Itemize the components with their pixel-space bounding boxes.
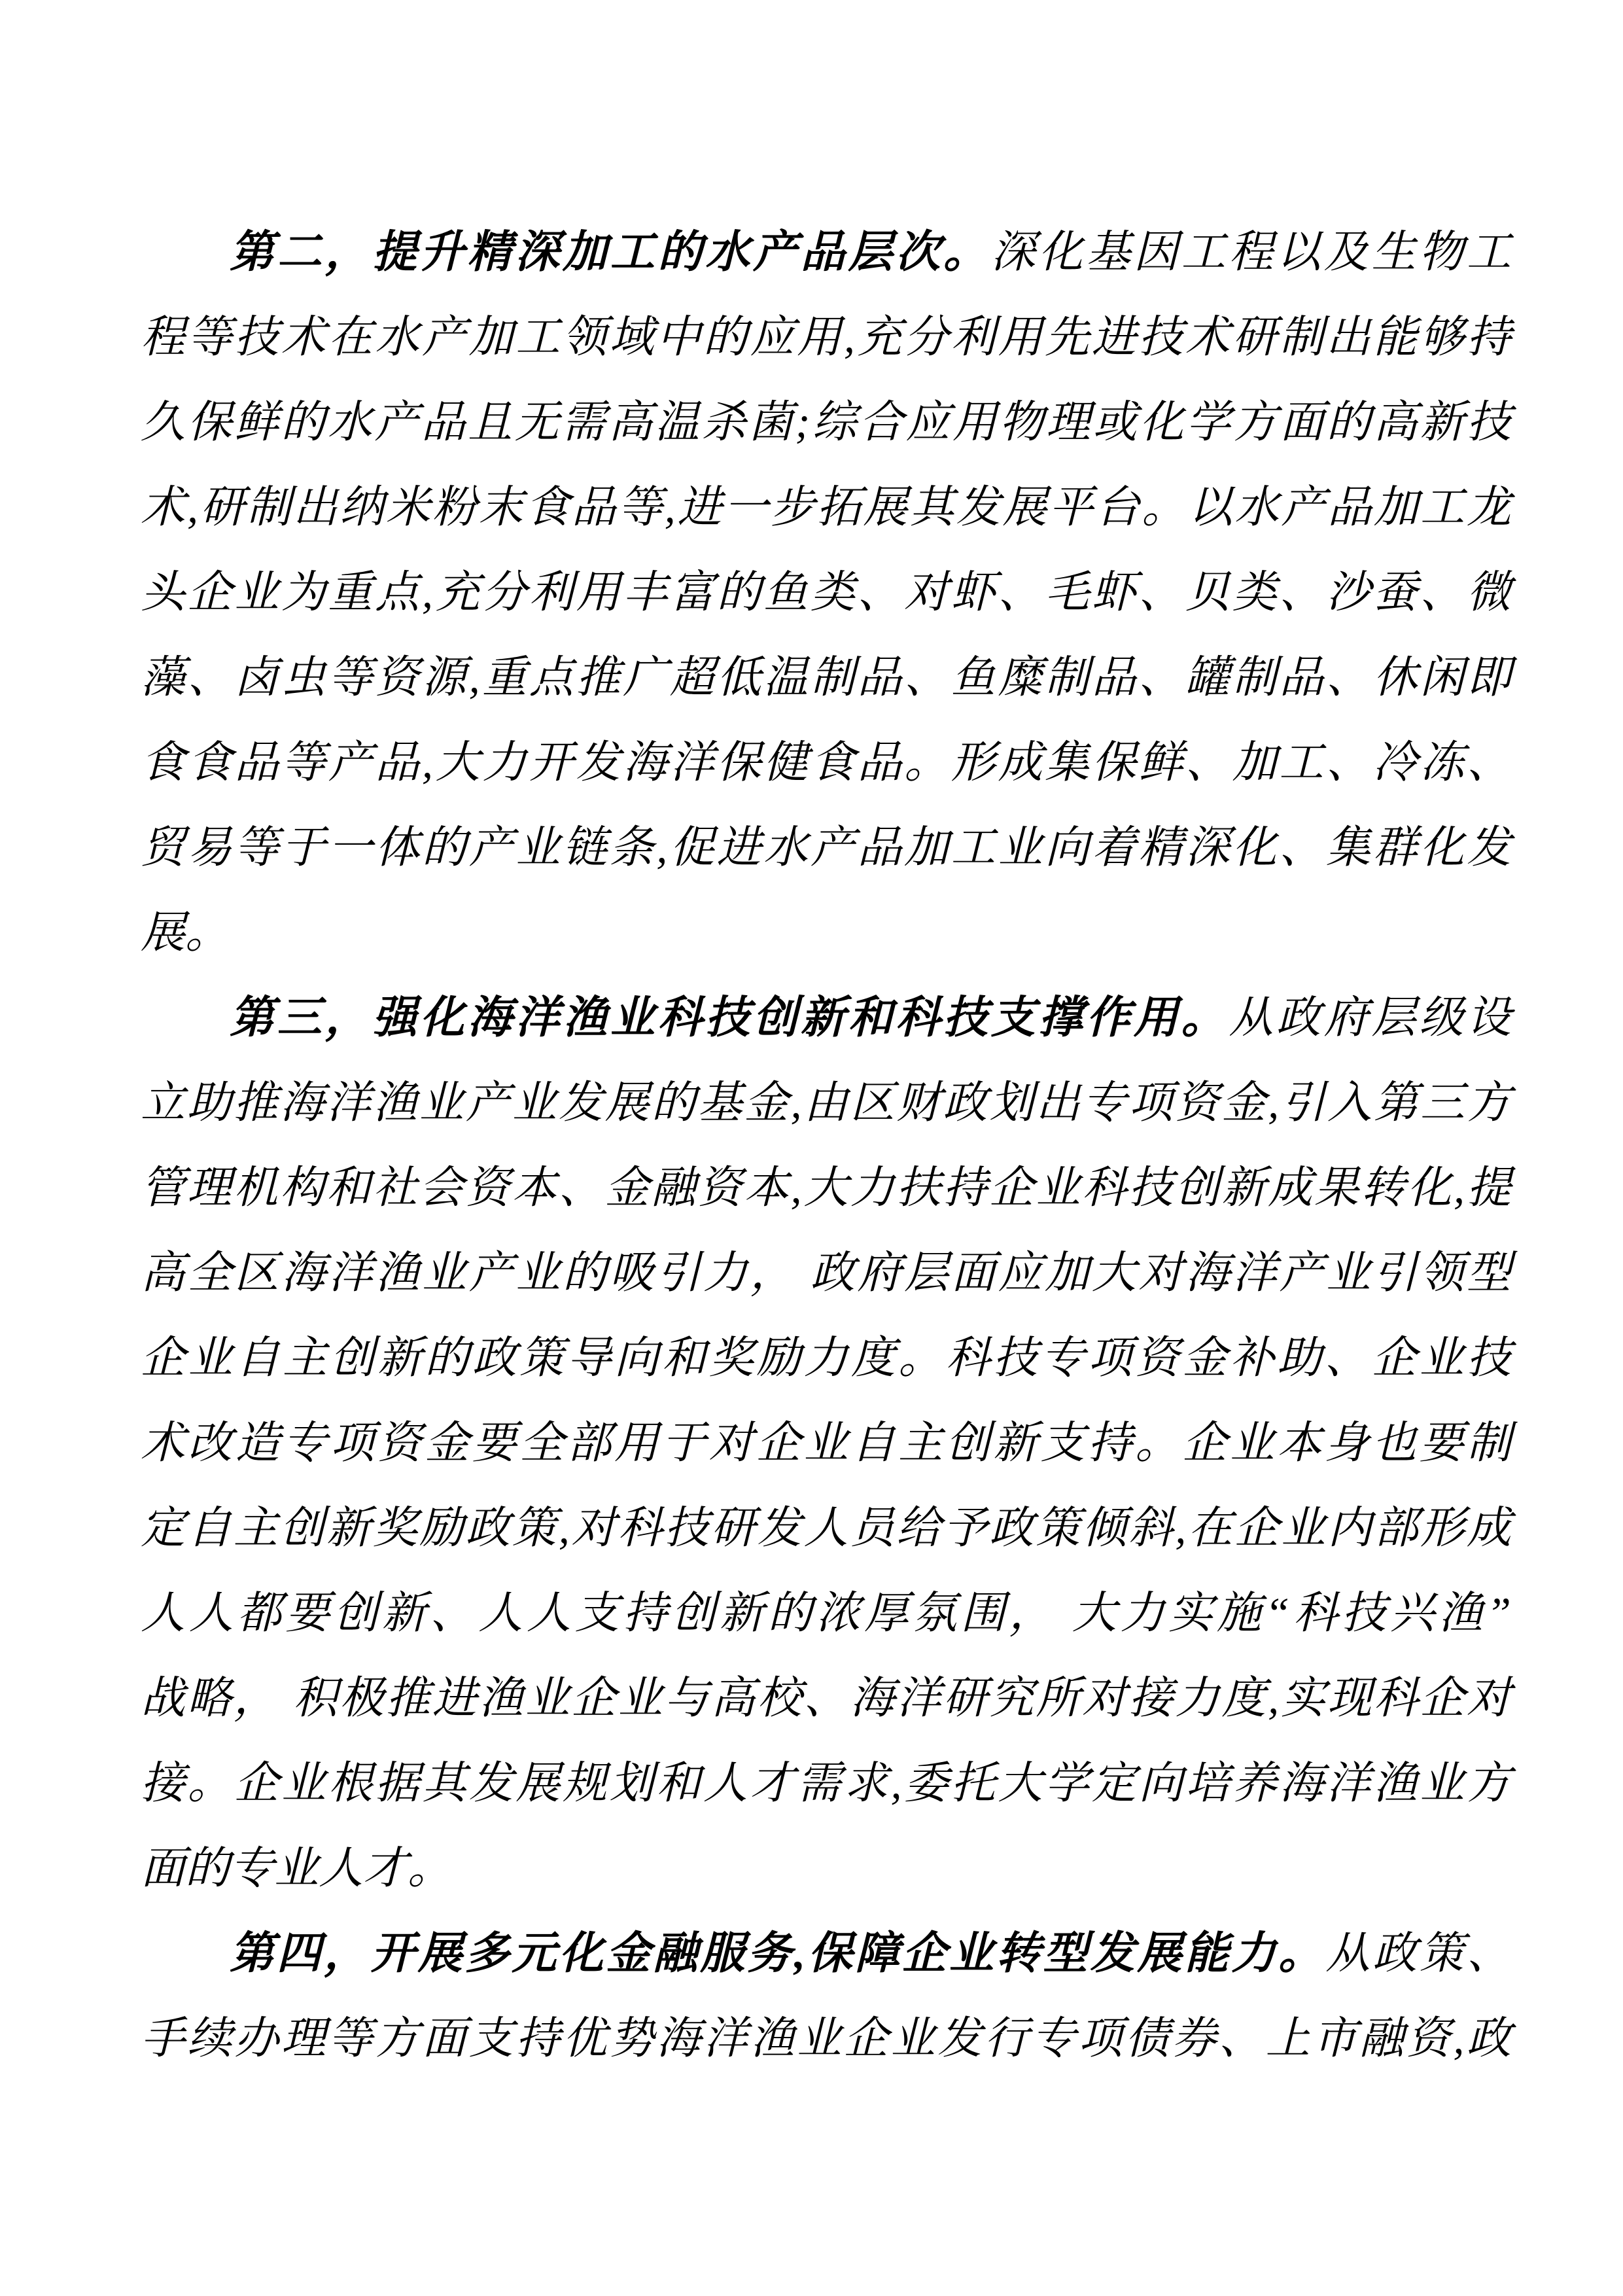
text-line: 第二，提升精深加工的水产品层次。深化基因工程以及生物工 [141,209,1511,294]
text-line: 手续办理等方面支持优势海洋渔业企业发行专项债券、上市融资,政 [141,1996,1511,2081]
text-line: 企业自主创新的政策导向和奖励力度。科技专项资金补助、企业技 [141,1315,1511,1400]
document-page: 第二，提升精深加工的水产品层次。深化基因工程以及生物工程等技术在水产加工领域中的… [0,0,1623,2296]
text-line: 接。企业根据其发展规划和人才需求,委托大学定向培养海洋渔业方 [141,1740,1511,1826]
text-line: 立助推海洋渔业产业发展的基金,由区财政划出专项资金,引入第三方 [141,1060,1511,1145]
text-line: 高全区海洋渔业产业的吸引力， 政府层面应加大对海洋产业引领型 [141,1230,1511,1315]
text-line: 第三，强化海洋渔业科技创新和科技支撑作用。从政府层级设 [141,975,1511,1060]
text-line: 面的专业人才。 [141,1826,1511,1911]
text-line: 头企业为重点,充分利用丰富的鱼类、对虾、毛虾、贝类、沙蚕、微 [141,550,1511,635]
paragraph-2: 第三，强化海洋渔业科技创新和科技支撑作用。从政府层级设立助推海洋渔业产业发展的基… [141,975,1511,1911]
text-line: 贸易等于一体的产业链条,促进水产品加工业向着精深化、集群化发 [141,805,1511,890]
text-line: 定自主创新奖励政策,对科技研发人员给予政策倾斜,在企业内部形成 [141,1485,1511,1570]
text-line: 第四，开展多元化金融服务,保障企业转型发展能力。从政策、 [141,1911,1511,1996]
text-line: 术改造专项资金要全部用于对企业自主创新支持。企业本身也要制 [141,1400,1511,1485]
text-line: 食食品等产品,大力开发海洋保健食品。形成集保鲜、加工、冷冻、 [141,720,1511,805]
text-line: 久保鲜的水产品且无需高温杀菌;综合应用物理或化学方面的高新技 [141,380,1511,465]
paragraph-1: 第二，提升精深加工的水产品层次。深化基因工程以及生物工程等技术在水产加工领域中的… [141,209,1511,975]
paragraph-3: 第四，开展多元化金融服务,保障企业转型发展能力。从政策、手续办理等方面支持优势海… [141,1911,1511,2081]
text-line: 程等技术在水产加工领域中的应用,充分利用先进技术研制出能够持 [141,294,1511,380]
paragraph-lead-bold: 第三，强化海洋渔业科技创新和科技支撑作用。 [230,993,1229,1042]
text-line: 战略， 积极推进渔业企业与高校、海洋研究所对接力度,实现科企对 [141,1655,1511,1740]
document-body: 第二，提升精深加工的水产品层次。深化基因工程以及生物工程等技术在水产加工领域中的… [141,209,1511,2081]
text-line: 藻、卤虫等资源,重点推广超低温制品、鱼糜制品、罐制品、休闲即 [141,635,1511,720]
text-line: 人人都要创新、人人支持创新的浓厚氛围， 大力实施“科技兴渔” [141,1570,1511,1655]
text-line: 管理机构和社会资本、金融资本,大力扶持企业科技创新成果转化,提 [141,1145,1511,1230]
text-line: 展。 [141,890,1511,975]
paragraph-lead-bold: 第四，开展多元化金融服务,保障企业转型发展能力。 [230,1928,1325,1978]
paragraph-lead-bold: 第二，提升精深加工的水产品层次。 [230,227,991,277]
text-line: 术,研制出纳米粉末食品等,进一步拓展其发展平台。以水产品加工龙 [141,465,1511,550]
